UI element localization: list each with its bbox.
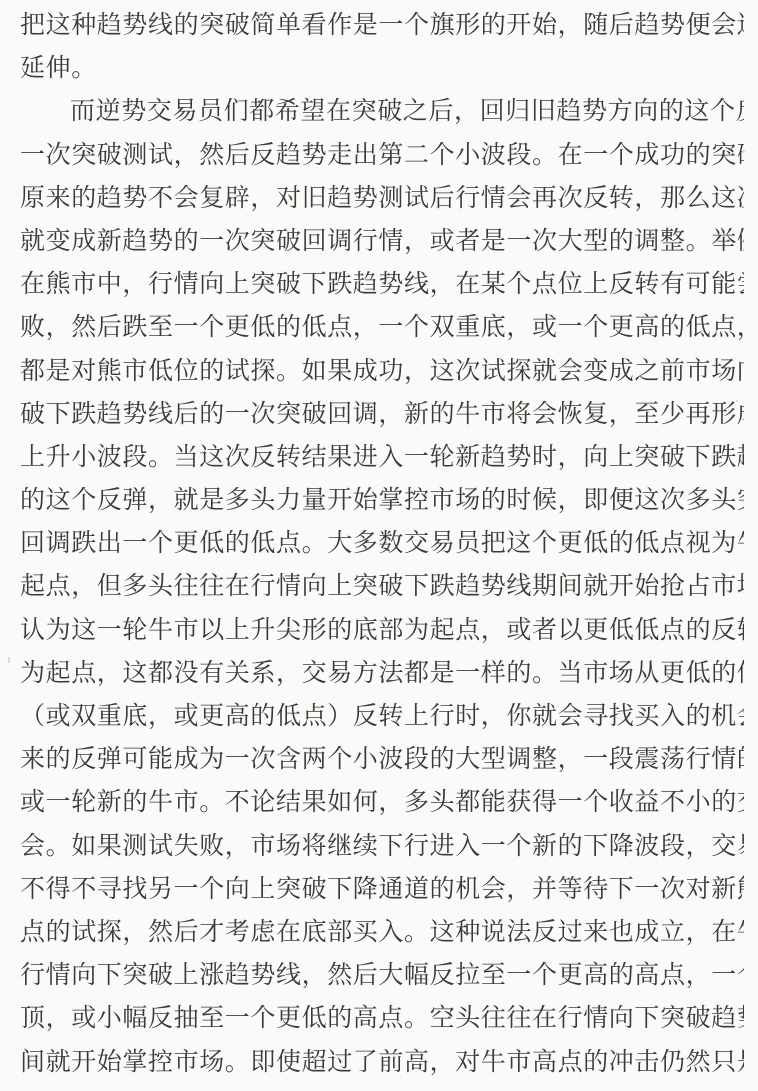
text-line: 为起点，这都没有关系，交易方法都是一样的。当市场从更低的低点 (20, 651, 744, 694)
text-line: 都是对熊市低位的试探。如果成功，这次试探就会变成之前市场向上突 (20, 349, 744, 392)
text-line: 就变成新趋势的一次突破回调行情，或者是一次大型的调整。举例而言， (20, 219, 744, 262)
text-line: 延伸。 (20, 46, 744, 89)
text-line: 或一轮新的牛市。不论结果如何，多头都能获得一个收益不小的交易机 (20, 780, 744, 823)
text-line: 原来的趋势不会复辟，对旧趋势测试后行情会再次反转，那么这次测试 (20, 176, 744, 219)
text-line: （或双重底，或更高的低点）反转上行时，你就会寻找买入的机会。接下 (20, 694, 744, 737)
text-line: 上升小波段。当这次反转结果进入一轮新趋势时，向上突破下跌趋势线 (20, 435, 744, 478)
text-line: 会。如果测试失败，市场将继续下行进入一个新的下降波段，交易员们 (20, 824, 744, 867)
text-line: 在熊市中，行情向上突破下跌趋势线，在某个点位上反转有可能尝试失 (20, 262, 744, 305)
text-line: 起点，但多头往往在行情向上突破下跌趋势线期间就开始抢占市场。你 (20, 564, 744, 607)
text-line-paragraph-start: 而逆势交易员们都希望在突破之后，回归旧趋势方向的这个反转是 (20, 89, 744, 132)
text-line: 败，然后跌至一个更低的低点，一个双重底，或一个更高的低点，这些 (20, 305, 744, 348)
text-line: 来的反弹可能成为一次含两个小波段的大型调整，一段震荡行情的起点， (20, 737, 744, 780)
text-line: 不得不寻找另一个向上突破下降通道的机会，并等待下一次对新熊市低 (20, 867, 744, 910)
page-body-text: 把这种趋势线的突破简单看作是一个旗形的开始，随后趋势便会进一步 延伸。 而逆势交… (20, 3, 744, 1083)
text-line: 顶，或小幅反抽至一个更低的高点。空头往往在行情向下突破趋势线期 (20, 996, 744, 1039)
scan-speck (736, 400, 738, 402)
text-line: 一次突破测试，然后反趋势走出第二个小波段。在一个成功的突破中， (20, 133, 744, 176)
text-line: 认为这一轮牛市以上升尖形的底部为起点，或者以更低低点的反转底部 (20, 608, 744, 651)
text-line: 点的试探，然后才考虑在底部买入。这种说法反过来也成立，在牛市中， (20, 910, 744, 953)
text-line: 间就开始掌控市场。即使超过了前高，对牛市高点的冲击仍然只是一开 (20, 1040, 744, 1083)
text-line: 的这个反弹，就是多头力量开始掌控市场的时候，即便这次多头突破的 (20, 478, 744, 521)
text-line: 行情向下突破上涨趋势线，然后大幅反拉至一个更高的高点，一个双重 (20, 953, 744, 996)
scan-speck (8, 657, 10, 663)
scan-speck (742, 150, 745, 153)
text-line: 回调跌出一个更低的低点。大多数交易员把这个更低的低点视为牛市的 (20, 521, 744, 564)
text-line: 把这种趋势线的突破简单看作是一个旗形的开始，随后趋势便会进一步 (20, 3, 744, 46)
scanned-page: 把这种趋势线的突破简单看作是一个旗形的开始，随后趋势便会进一步 延伸。 而逆势交… (0, 0, 758, 1091)
text-line: 破下跌趋势线后的一次突破回调，新的牛市将会恢复，至少再形成一个 (20, 392, 744, 435)
